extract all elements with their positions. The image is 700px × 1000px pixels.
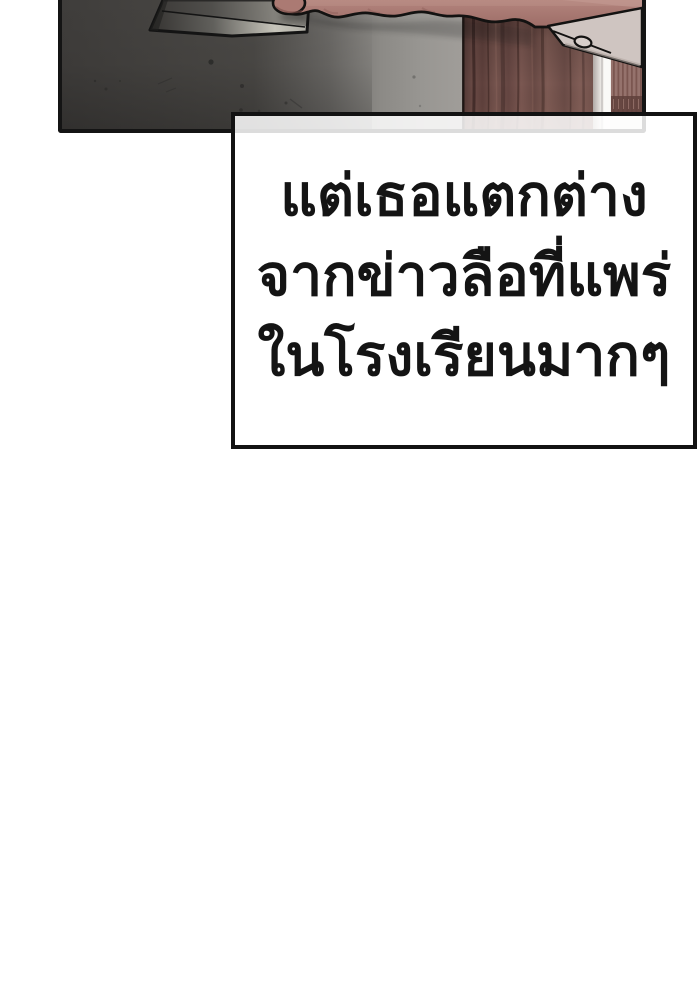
fingertip — [273, 0, 305, 14]
caption-box: แต่เธอแตกต่าง จากข่าวลือที่แพร่ ในโรงเรี… — [231, 112, 697, 449]
caption-line-3: ในโรงเรียนมากๆ — [257, 316, 670, 396]
panel-artwork — [62, 0, 642, 129]
comic-page: แต่เธอแตกต่าง จากข่าวลือที่แพร่ ในโรงเรี… — [0, 0, 700, 1000]
caption-line-1: แต่เธอแตกต่าง — [280, 156, 647, 236]
caption-line-2: จากข่าวลือที่แพร่ — [257, 236, 672, 316]
